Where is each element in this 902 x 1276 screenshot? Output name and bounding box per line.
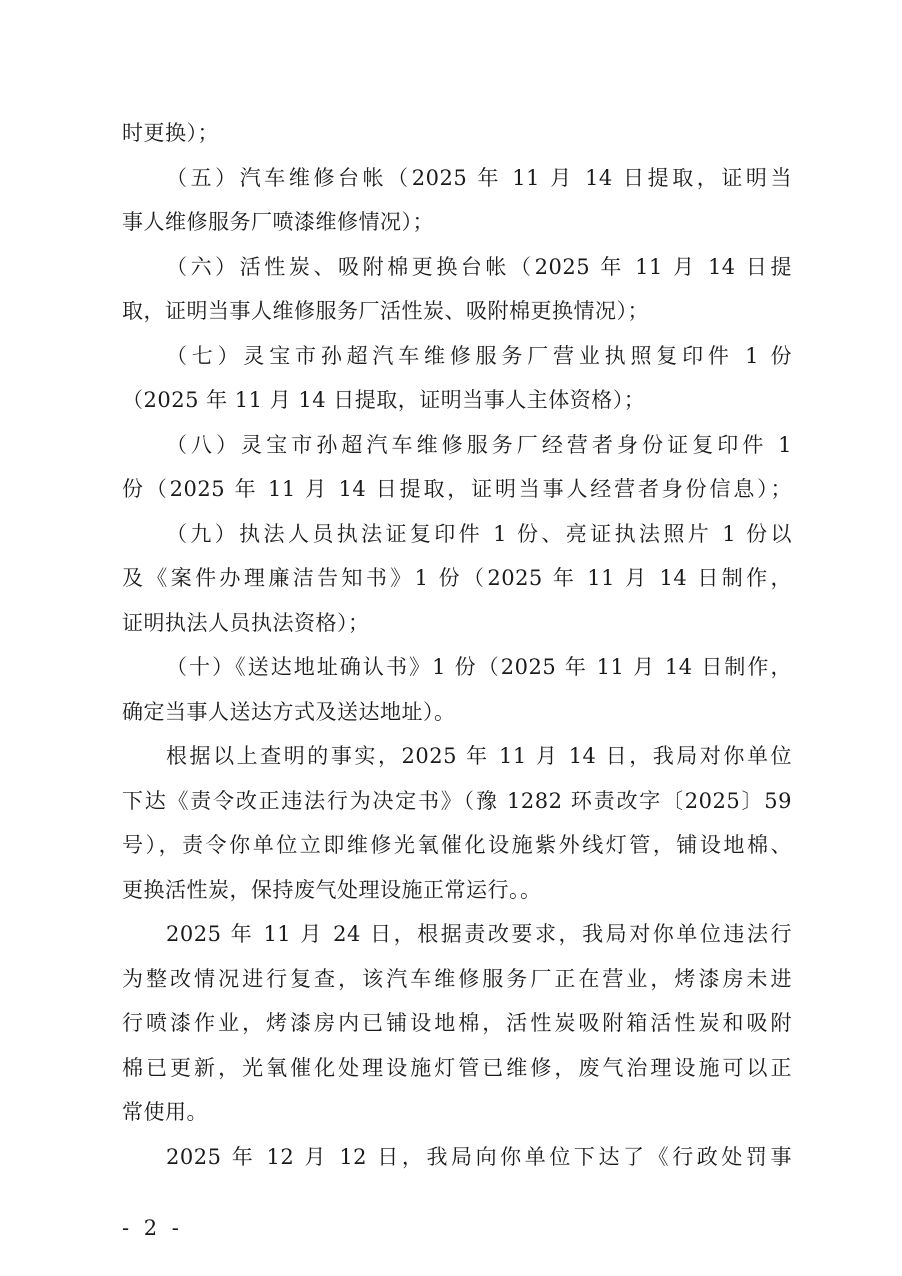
evidence-item-9: （九）执法人员执法证复印件 1 份、亮证执法照片 1 份以 <box>122 512 792 557</box>
text-line: 确定当事人送达方式及送达地址）。 <box>122 690 792 735</box>
document-body: 时更换）； （五）汽车维修台帐（2025 年 11 月 14 日提取，证明当 事… <box>122 111 792 1179</box>
text-line: 为整改情况进行复查，该汽车维修服务厂正在营业，烤漆房未进 <box>122 957 792 1002</box>
text-line: 时更换）； <box>122 111 792 156</box>
text-line: 份（2025 年 11 月 14 日提取，证明当事人经营者身份信息）； <box>122 467 792 512</box>
evidence-item-7: （七）灵宝市孙超汽车维修服务厂营业执照复印件 1 份 <box>122 334 792 379</box>
text-line: 事人维修服务厂喷漆维修情况）； <box>122 200 792 245</box>
text-line: 行喷漆作业，烤漆房内已铺设地棉，活性炭吸附箱活性炭和吸附 <box>122 1001 792 1046</box>
page-number: - 2 - <box>122 1216 183 1240</box>
paragraph-order-start: 根据以上查明的事实，2025 年 11 月 14 日，我局对你单位 <box>122 734 792 779</box>
paragraph-review-start: 2025 年 11 月 24 日，根据责改要求，我局对你单位违法行 <box>122 912 792 957</box>
paragraph-penalty-start: 2025 年 12 月 12 日，我局向你单位下达了《行政处罚事 <box>122 1135 792 1180</box>
text-line: （2025 年 11 月 14 日提取，证明当事人主体资格）； <box>122 378 792 423</box>
evidence-item-5: （五）汽车维修台帐（2025 年 11 月 14 日提取，证明当 <box>122 156 792 201</box>
text-line: 常使用。 <box>122 1090 792 1135</box>
evidence-item-6: （六）活性炭、吸附棉更换台帐（2025 年 11 月 14 日提 <box>122 245 792 290</box>
text-line: 棉已更新，光氧催化处理设施灯管已维修，废气治理设施可以正 <box>122 1046 792 1091</box>
text-line: 证明执法人员执法资格）； <box>122 601 792 646</box>
text-line: 取，证明当事人维修服务厂活性炭、吸附棉更换情况）； <box>122 289 792 334</box>
evidence-item-10: （十）《送达地址确认书》1 份（2025 年 11 月 14 日制作， <box>122 645 792 690</box>
text-line: 及《案件办理廉洁告知书》1 份（2025 年 11 月 14 日制作， <box>122 556 792 601</box>
text-line: 号），责令你单位立即维修光氧催化设施紫外线灯管，铺设地棉、 <box>122 823 792 868</box>
text-line: 更换活性炭，保持废气处理设施正常运行。。 <box>122 868 792 913</box>
text-line: 下达《责令改正违法行为决定书》（豫 1282 环责改字〔2025〕59 <box>122 779 792 824</box>
evidence-item-8: （八）灵宝市孙超汽车维修服务厂经营者身份证复印件 1 <box>122 423 792 468</box>
